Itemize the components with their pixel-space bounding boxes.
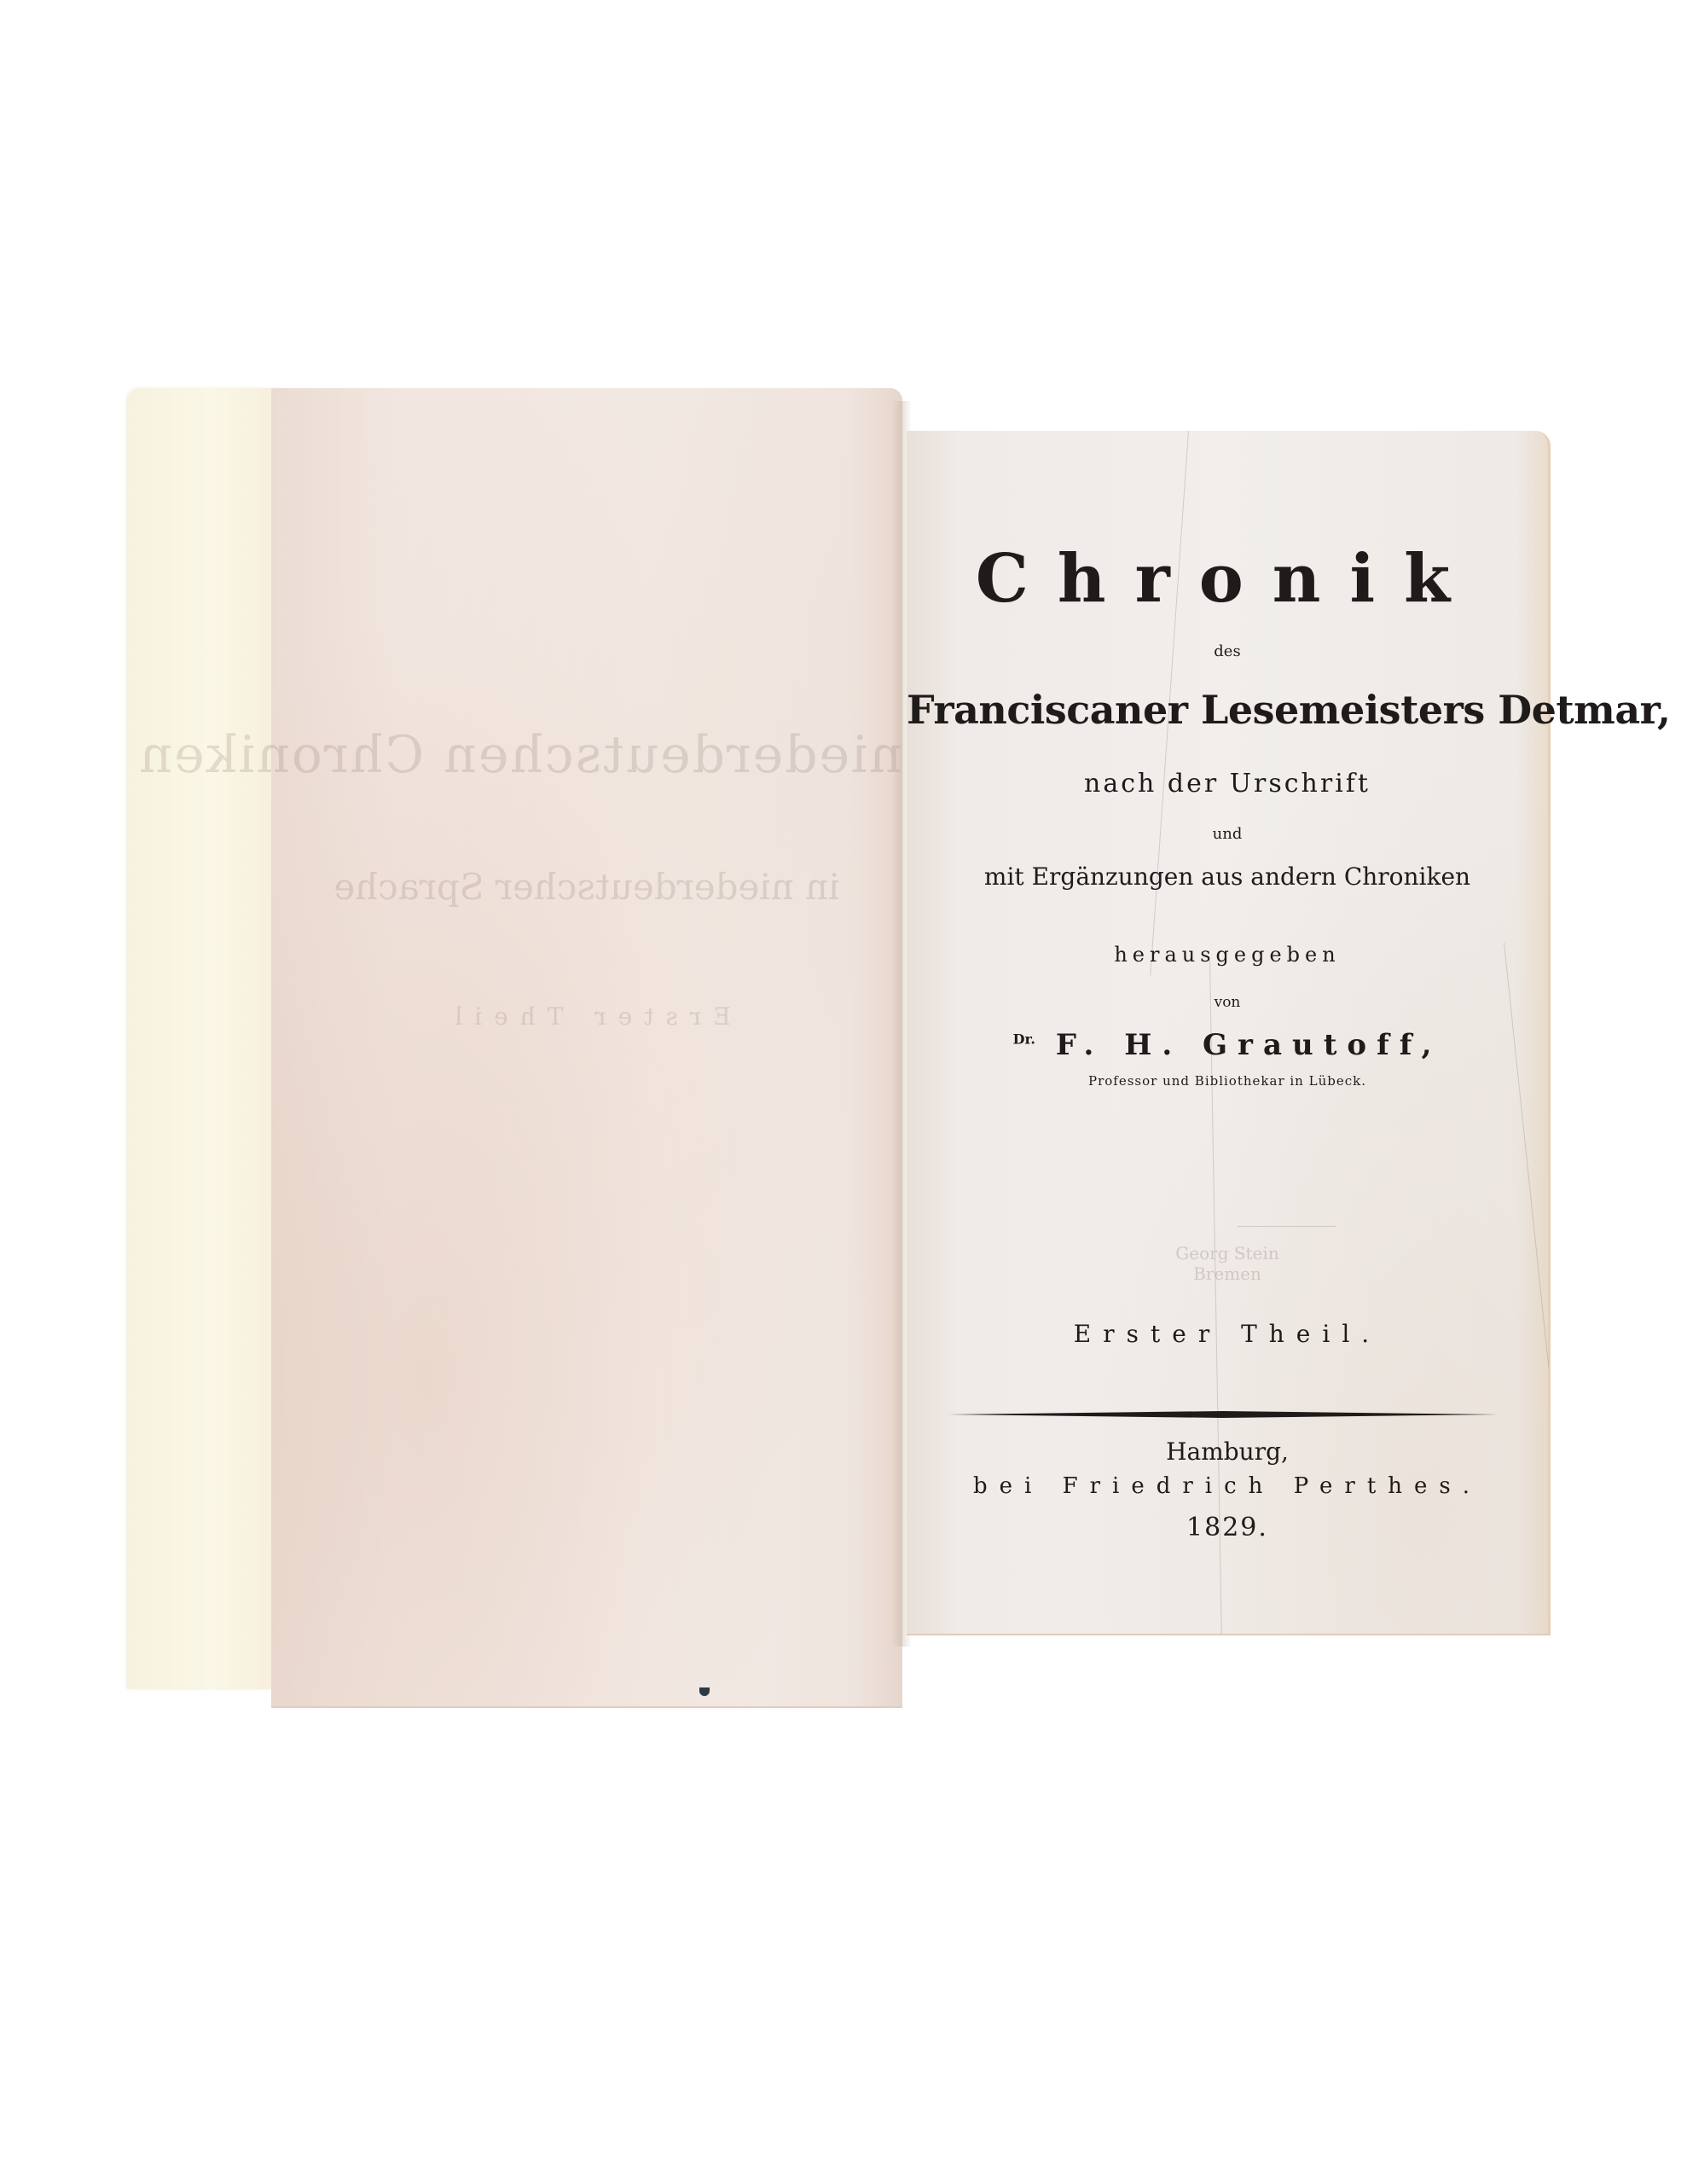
author: Dr. F. H. Grautoff, xyxy=(907,1028,1548,1062)
book-title: Chronik xyxy=(907,540,1548,618)
imprint-place: Hamburg, xyxy=(907,1438,1548,1466)
stamp-line-2: Bremen xyxy=(907,1263,1548,1284)
by-label: von xyxy=(907,994,1548,1011)
subtitle-conjunction: und xyxy=(907,825,1548,843)
title-article: des xyxy=(907,642,1548,660)
bleed-through-line: Erster Theil xyxy=(271,1002,902,1031)
author-name: F. H. Grautoff, xyxy=(1056,1028,1442,1062)
open-book-photo: niederdeutschen Chroniken in niederdeuts… xyxy=(0,0,1687,2184)
author-prefix: Dr. xyxy=(1013,1031,1035,1048)
decorative-swell-rule xyxy=(948,1411,1498,1418)
cream-flyleaf xyxy=(128,388,281,1689)
stamp-line-1: Georg Stein xyxy=(907,1243,1548,1263)
stamp-rule xyxy=(1238,1226,1336,1227)
imprint-publisher: bei Friedrich Perthes. xyxy=(907,1473,1548,1499)
imprint-year: 1829. xyxy=(907,1513,1548,1542)
bleed-through-line: niederdeutschen Chroniken xyxy=(271,725,902,785)
left-page-verso: niederdeutschen Chroniken in niederdeuts… xyxy=(271,388,902,1708)
bleed-through-line: in niederdeutscher Sprache xyxy=(271,866,902,908)
title-subject: Franciscaner Lesemeisters Detmar, xyxy=(907,687,1548,733)
volume-part: Erster Theil. xyxy=(907,1320,1548,1348)
author-affiliation: Professor und Bibliothekar in Lübeck. xyxy=(907,1073,1548,1089)
title-page: Chronik des Franciscaner Lesemeisters De… xyxy=(907,431,1551,1635)
ownership-stamp: Georg Stein Bremen xyxy=(907,1243,1548,1284)
edited-label: herausgegeben xyxy=(907,943,1548,967)
subtitle-line: nach der Urschrift xyxy=(907,769,1548,799)
subtitle-line: mit Ergänzungen aus andern Chroniken xyxy=(907,863,1548,891)
